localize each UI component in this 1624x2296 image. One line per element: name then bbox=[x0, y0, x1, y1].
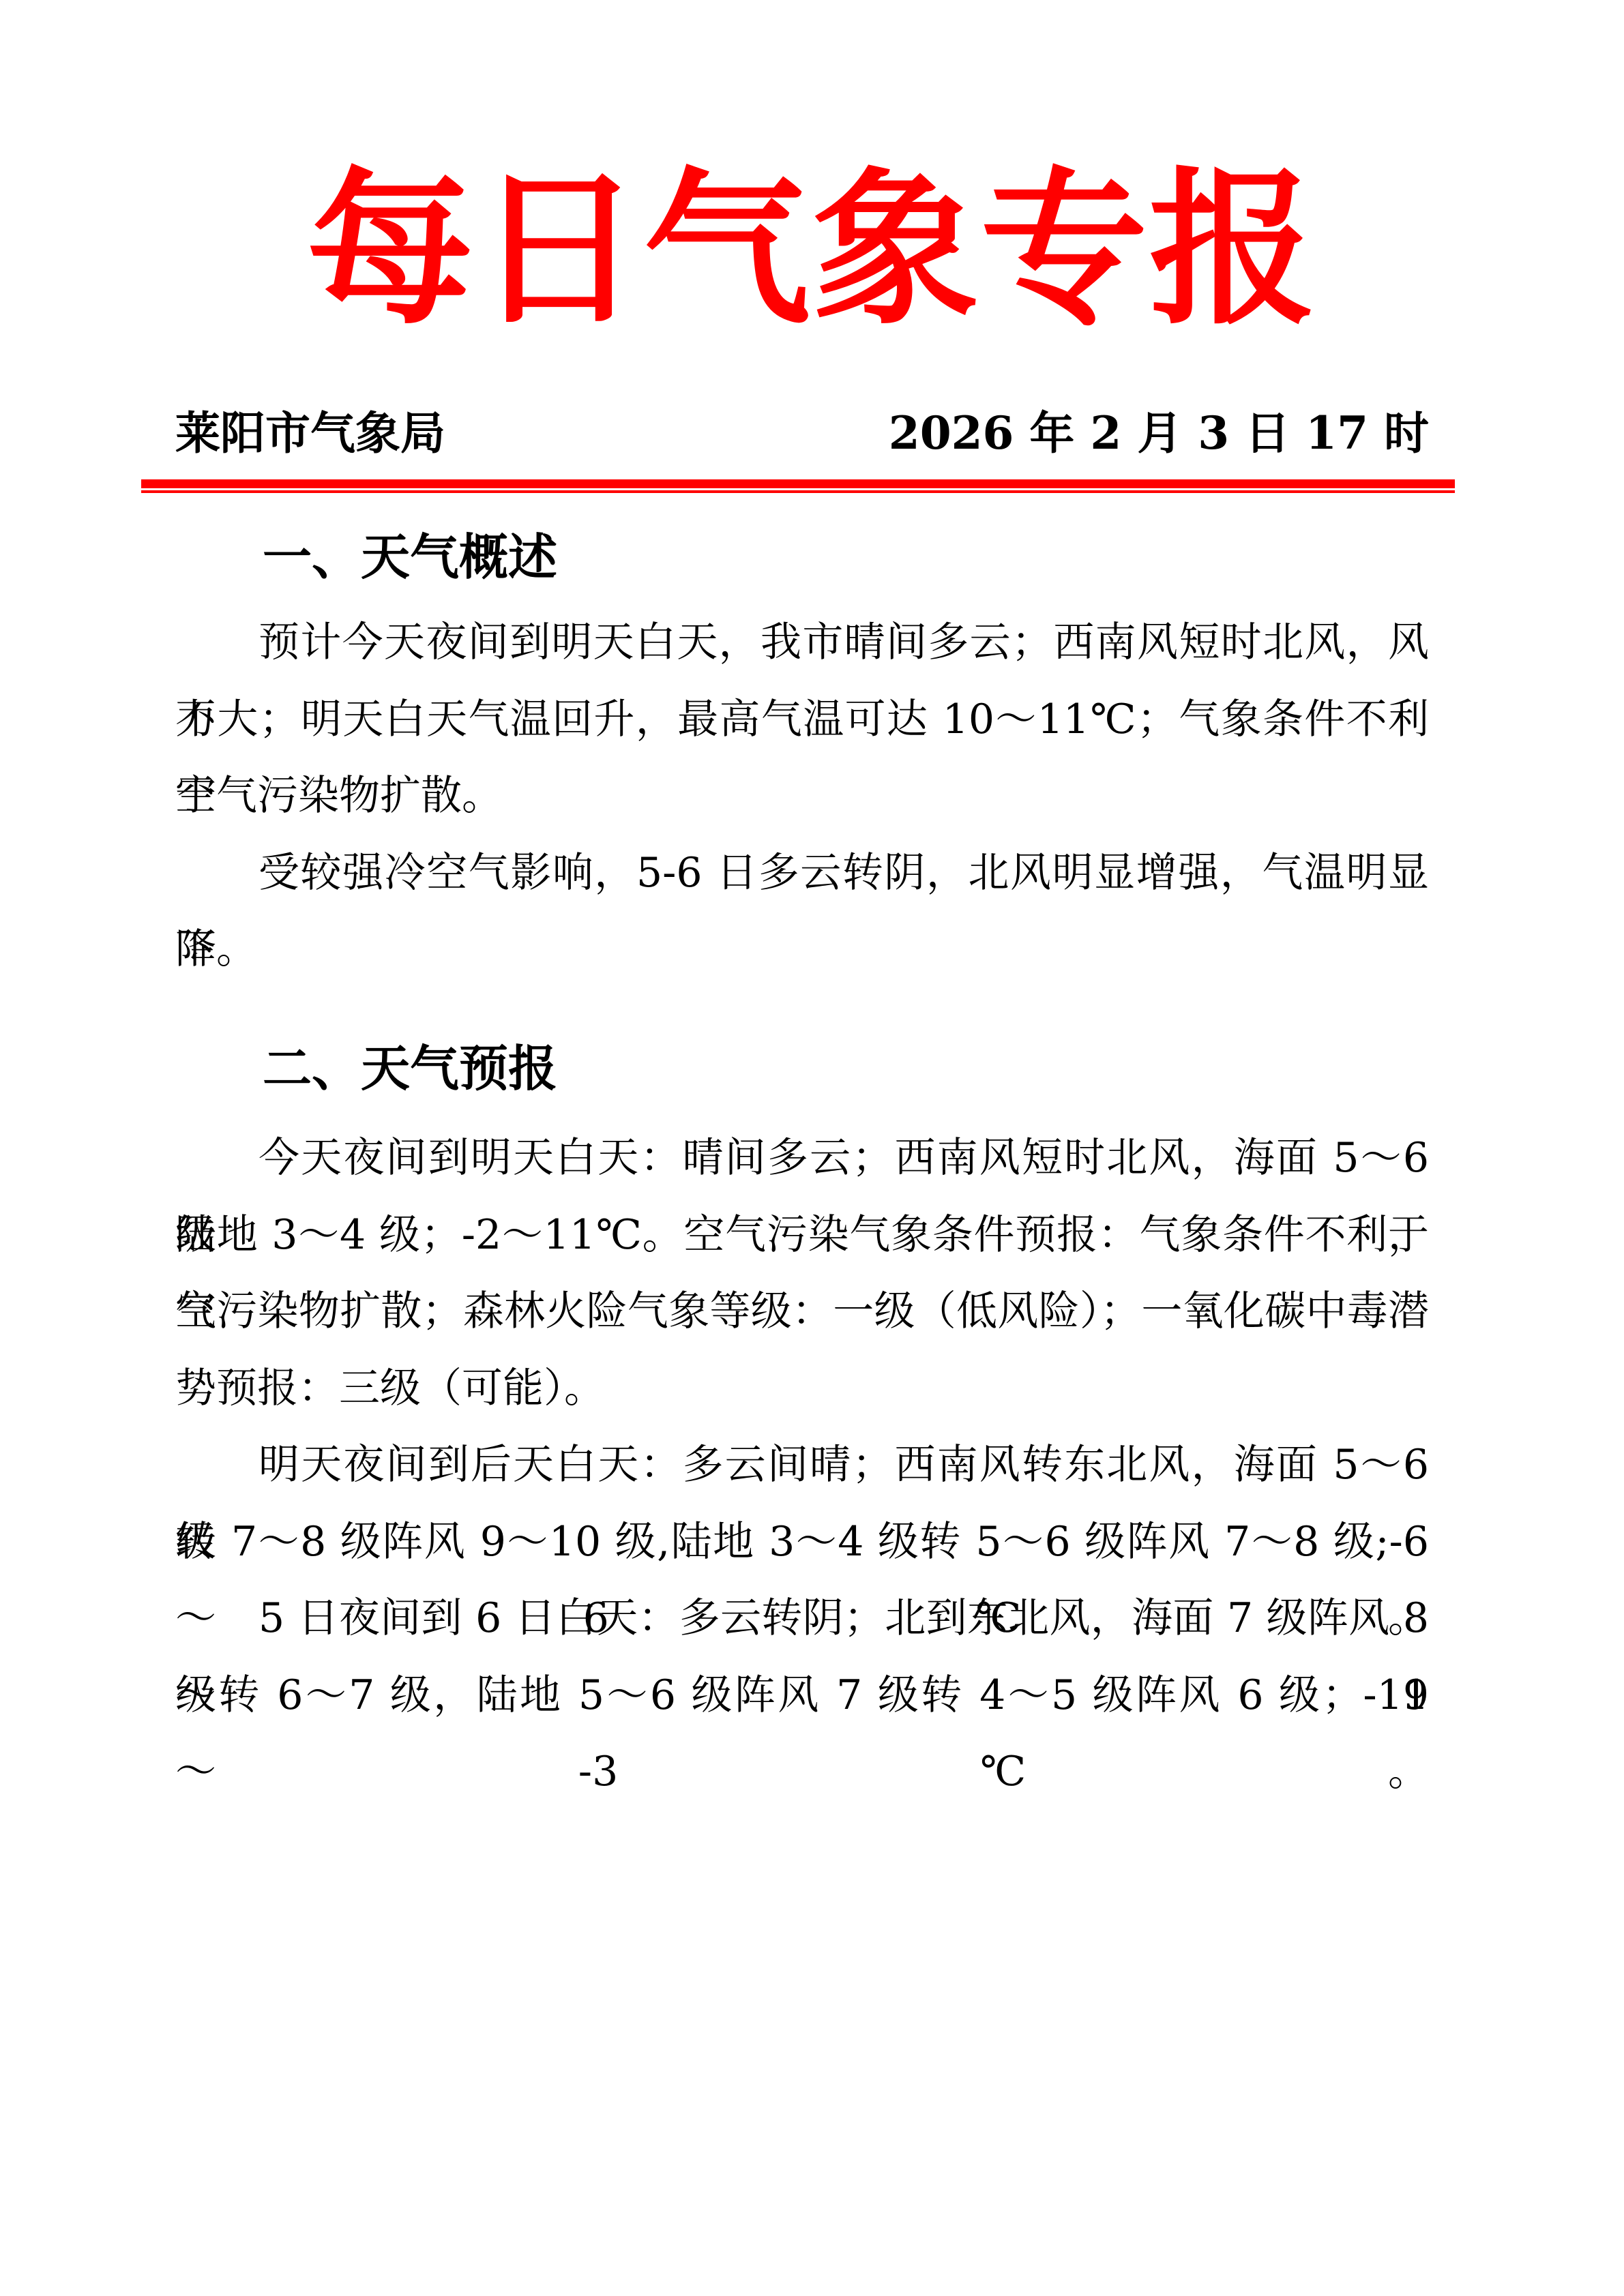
report-title: 每日气象专报 bbox=[0, 162, 1624, 336]
paragraph-line: 不大；明天白天气温回升，最高气温可达 10～11℃；气象条件不利于 bbox=[175, 681, 1429, 758]
weather-report-page: 每日气象专报 莱阳市气象局 2026 年 2 月 3 日 17 时 一、天气概述… bbox=[0, 0, 1624, 2296]
paragraph-line: 5 日夜间到 6 日白天：多云转阴；北到东北风，海面 7 级阵风 8～9 bbox=[175, 1580, 1429, 1657]
red-divider bbox=[141, 479, 1455, 493]
paragraph-line: 级转 6～7 级，陆地 5～6 级阵风 7 级转 4～5 级阵风 6 级；-11… bbox=[175, 1657, 1429, 1734]
section-2-body: 今天夜间到明天白天：晴间多云；西南风短时北风，海面 5～6 级， 陆地 3～4 … bbox=[175, 1120, 1429, 1733]
paragraph-line: 空气污染物扩散。 bbox=[175, 758, 1429, 835]
paragraph-line: 气污染物扩散；森林火险气象等级：一级（低风险）；一氧化碳中毒潜 bbox=[175, 1273, 1429, 1350]
paragraph-line: 受较强冷空气影响，5-6 日多云转阴，北风明显增强，气温明显下 bbox=[175, 835, 1429, 912]
paragraph-line: 今天夜间到明天白天：晴间多云；西南风短时北风，海面 5～6 级， bbox=[175, 1120, 1429, 1197]
report-datetime: 2026 年 2 月 3 日 17 时 bbox=[889, 405, 1429, 461]
agency-name: 莱阳市气象局 bbox=[175, 405, 445, 461]
section-1-body: 预计今天夜间到明天白天，我市晴间多云；西南风短时北风，风力 不大；明天白天气温回… bbox=[175, 604, 1429, 988]
report-header-row: 莱阳市气象局 2026 年 2 月 3 日 17 时 bbox=[175, 405, 1429, 461]
section-2-heading: 二、天气预报 bbox=[175, 1038, 1429, 1099]
paragraph-line: 势预报：三级（可能）。 bbox=[175, 1350, 1429, 1427]
divider-thin-line bbox=[141, 490, 1455, 493]
paragraph-line: 明天夜间到后天白天：多云间晴；西南风转东北风，海面 5～6 级 bbox=[175, 1427, 1429, 1504]
paragraph-line: 预计今天夜间到明天白天，我市晴间多云；西南风短时北风，风力 bbox=[175, 604, 1429, 681]
divider-thick-line bbox=[141, 479, 1455, 488]
section-1-heading: 一、天气概述 bbox=[175, 526, 1429, 588]
paragraph-line: 转 7～8 级阵风 9～10 级,陆地 3～4 级转 5～6 级阵风 7～8 级… bbox=[175, 1504, 1429, 1581]
paragraph-line: 降。 bbox=[175, 911, 1429, 988]
paragraph-line: 陆地 3～4 级；-2～11℃。空气污染气象条件预报：气象条件不利于空 bbox=[175, 1197, 1429, 1274]
